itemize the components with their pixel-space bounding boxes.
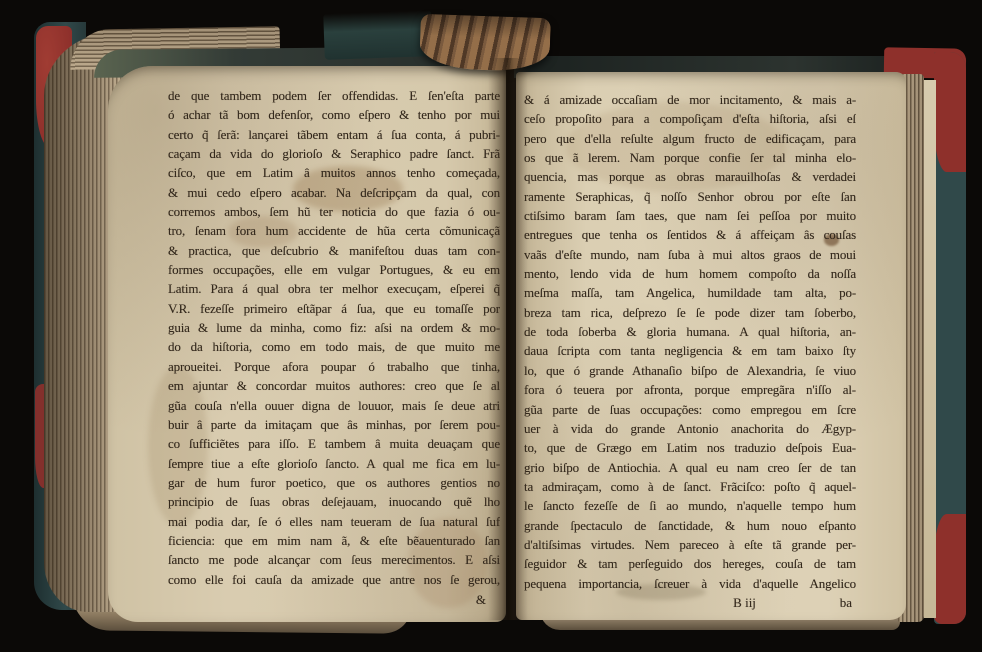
- text-line: gar de hum furor poetico, que os authore…: [168, 473, 500, 492]
- right-page: & á amizade occaſiam de mor incitamento,…: [516, 72, 906, 620]
- text-line: le ſancto fezeſſe de ſi ao mundo, n'aque…: [524, 496, 856, 515]
- text-line: fora ó teuera por afronta, porque empreg…: [524, 380, 856, 399]
- text-line: em ajuntar & concordar muitos authores: …: [168, 376, 500, 395]
- text-line: gũa couſa n'ella ouuer digna de louuor, …: [168, 396, 500, 415]
- text-line: ctiſsimo baram ſam taes, que nam ſei peſ…: [524, 206, 856, 225]
- text-line: ramente Seraphicas, q̃ noſſo Senhor obro…: [524, 187, 856, 206]
- text-line: ó achar tã bom defenſor, como eſpero & t…: [168, 105, 500, 124]
- text-line: d'altiſsimas virtudes. Nem pareceo à eſt…: [524, 535, 856, 554]
- catchword-right: ba: [840, 595, 852, 611]
- text-line: tro, ſenam fora hum accidente de hũa cer…: [168, 221, 500, 240]
- text-line: principio de ſuas obras deſejauam, inuoc…: [168, 492, 500, 511]
- text-line: ſeguidor & tam perſeguido dos hereges, c…: [524, 554, 856, 573]
- text-line: lo, que ó grande Athanaſio biſpo de Alex…: [524, 361, 856, 380]
- text-line: pequena importancia, ſcreuer à vida d'aq…: [524, 574, 856, 593]
- text-line: pero que d'ella reſulte algum fructo de …: [524, 129, 856, 148]
- text-line: mai podia dar, ſe ó elles nam teueram de…: [168, 512, 500, 531]
- text-line: do da hiſtoria, como em todo mais, de qu…: [168, 337, 500, 356]
- text-line: certo q̃ ſerã: lançarei tãbem entam á ſu…: [168, 125, 500, 144]
- text-line: co ſufficiẽtes para iſſo. E tambem â mui…: [168, 434, 500, 453]
- text-line: daua ſcripta com tanta negligencia & em …: [524, 341, 856, 360]
- text-line: ta admiraçam, como à de ſanct. Frãciſco:…: [524, 477, 856, 496]
- text-line: grio biſpo de Antiochia. A qual eu nam c…: [524, 458, 856, 477]
- text-line: & practica, que deſcubrio & manifeſtou d…: [168, 241, 500, 260]
- text-line: ſancto me pode alcançar com ſeus merecim…: [168, 550, 500, 569]
- text-line: buir â parte da imitaçam que âs minhas, …: [168, 415, 500, 434]
- text-line: os que ã lerem. Nam porque confie ſer ta…: [524, 148, 856, 167]
- cover-red-bottom-right: [934, 514, 966, 624]
- cover-red-top-right: [934, 52, 966, 172]
- left-page: de que tambem podem ſer offendidas. E ſe…: [108, 66, 506, 622]
- text-line: entregues que tenha os ſentidos & á affe…: [524, 225, 856, 244]
- text-line: mento, lendo vida de hum homem compoſto …: [524, 264, 856, 283]
- book-cover-right-edge: [934, 52, 966, 624]
- text-line: to, que de Grægo em Latim nos traduzio d…: [524, 438, 856, 457]
- text-line: ceſo propoſito para a compoſiçam d'eſta …: [524, 109, 856, 128]
- text-line: ſempre tiue a eſte glorioſo ſancto. A qu…: [168, 454, 500, 473]
- text-block-right: & á amizade occaſiam de mor incitamento,…: [524, 90, 856, 593]
- text-line: V.R. fezeſſe primeiro eſtãpar á ſua, que…: [168, 299, 500, 318]
- text-line: quencia, mas porque as obras marauilhoſa…: [524, 167, 856, 186]
- signature-line: B iij ba: [524, 595, 856, 615]
- text-line: ciſco, que em Latim â muitos annos tenho…: [168, 163, 500, 182]
- gathering-signature: B iij: [733, 595, 756, 611]
- text-line: & mui cedo eſpero acabar. Na deſcripçam …: [168, 183, 500, 202]
- text-line: de que tambem podem ſer offendidas. E ſe…: [168, 86, 500, 105]
- text-line: breza tam rica, deſprezo ſe ſe pode dize…: [524, 303, 856, 322]
- text-line: formes occupações, elle em vulgar Portug…: [168, 260, 500, 279]
- text-line: grande ſpectaculo de ſanctidade, & hum n…: [524, 516, 856, 535]
- gutter-shadow: [488, 58, 528, 620]
- text-line: caçam da vida do glorioſo & Seraphico pa…: [168, 144, 500, 163]
- text-line: uer à vida do grande Antonio anachorita …: [524, 419, 856, 438]
- text-line: Latim. Para á qual obra ter melhor execu…: [168, 279, 500, 298]
- text-line: de toda ſoberba & gloria humana. A qual …: [524, 322, 856, 341]
- cover-board-ledge: [323, 10, 433, 60]
- text-line: guia & lume da minha, como fiz: aſsi na …: [168, 318, 500, 337]
- text-line: gũa parte de ſuas occupações: como empre…: [524, 400, 856, 419]
- text-line: vaãs d'eſte mundo, nam ſuba à mui altos …: [524, 245, 856, 264]
- text-line: meſma maſſa, tam Angelica, humildade tam…: [524, 283, 856, 302]
- text-line: aproueitei. Porque afora poupar ó trabal…: [168, 357, 500, 376]
- text-line: ficiencia: que em mim nam ã, & eſte bẽau…: [168, 531, 500, 550]
- text-line: como elle foi cauſa da amizade que antre…: [168, 570, 500, 589]
- text-line: corremos ambos, ſem hũ ter noticia do qu…: [168, 202, 500, 221]
- catchword-left: &: [168, 592, 500, 612]
- page-edge-sliver-right: [924, 80, 936, 618]
- text-line: & á amizade occaſiam de mor incitamento,…: [524, 90, 856, 109]
- photo-background: de que tambem podem ſer offendidas. E ſe…: [0, 0, 982, 652]
- text-block-left: de que tambem podem ſer offendidas. E ſe…: [168, 86, 500, 589]
